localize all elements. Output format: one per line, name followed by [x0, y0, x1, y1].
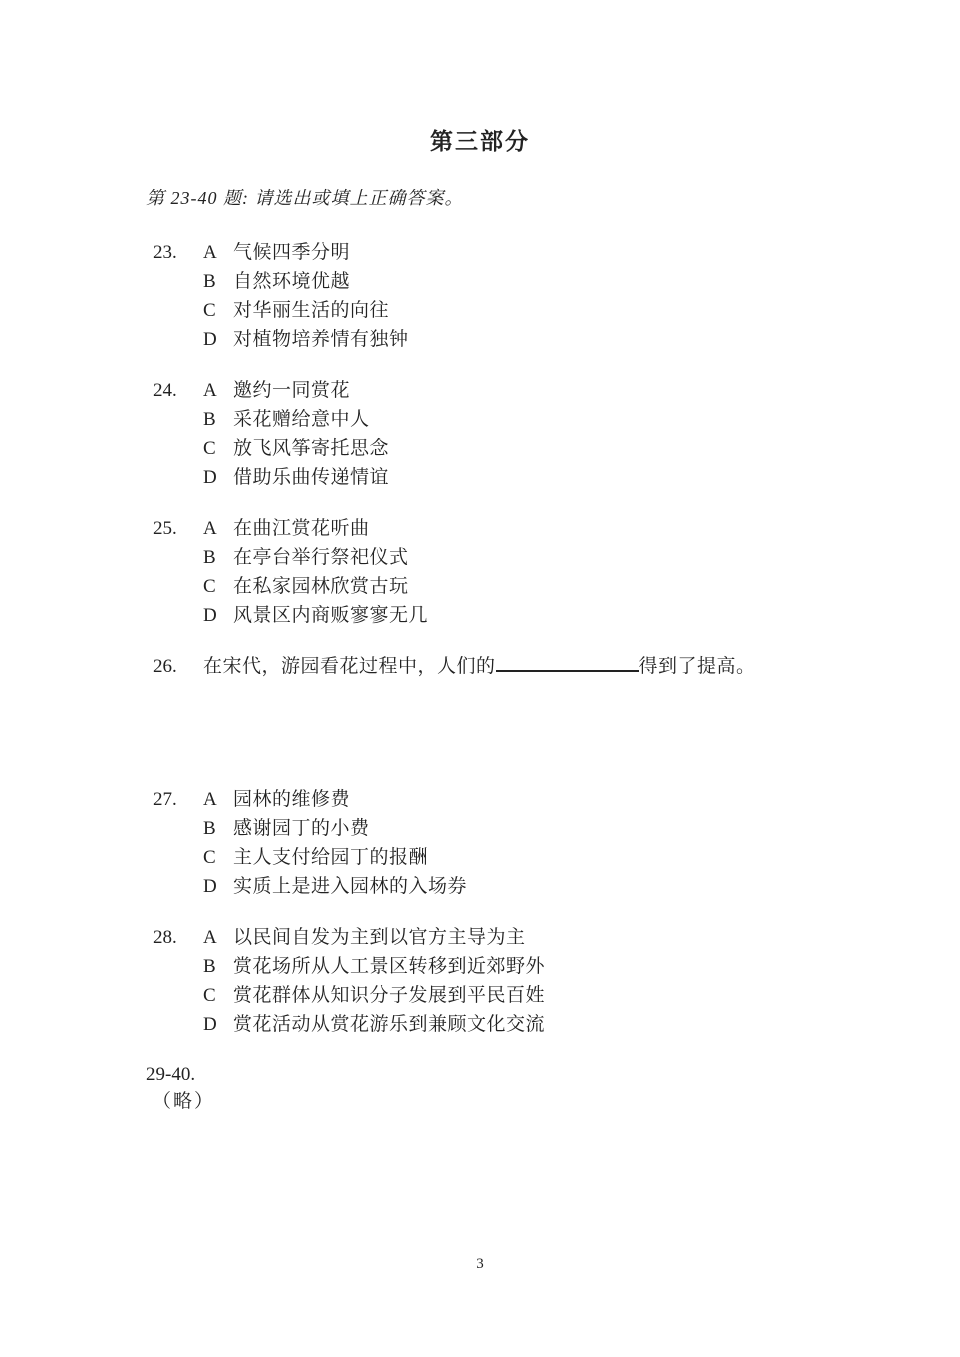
- option-d: D 借助乐曲传递情谊: [203, 463, 960, 492]
- option-letter: A: [203, 923, 233, 952]
- option-letter: C: [203, 434, 233, 463]
- answer-blank-line: [496, 652, 639, 672]
- option-b: B 自然环境优越: [203, 267, 960, 296]
- option-text: 感谢园丁的小费: [233, 814, 370, 843]
- question-number: 26.: [153, 652, 203, 681]
- option-a: A 园林的维修费: [203, 785, 960, 814]
- option-text: 对植物培养情有独钟: [233, 325, 409, 354]
- option-letter: C: [203, 572, 233, 601]
- option-letter: A: [203, 376, 233, 405]
- option-a: A 邀约一同赏花: [203, 376, 960, 405]
- option-a: A 在曲江赏花听曲: [203, 514, 960, 543]
- option-b: B 在亭台举行祭祀仪式: [203, 543, 960, 572]
- question-number: 28.: [153, 923, 203, 1039]
- question-list: 23. A 气候四季分明 B 自然环境优越 C 对华丽生活的向往: [0, 238, 960, 1039]
- option-text: 在亭台举行祭祀仪式: [233, 543, 409, 572]
- option-text: 赏花活动从赏花游乐到兼顾文化交流: [233, 1010, 545, 1039]
- option-text: 园林的维修费: [233, 785, 350, 814]
- option-letter: C: [203, 981, 233, 1010]
- exam-page: 第三部分 第 23-40 题: 请选出或填上正确答案。 23. A 气候四季分明…: [0, 0, 960, 1357]
- option-text: 采花赠给意中人: [233, 405, 370, 434]
- fill-text-after: 得到了提高。: [639, 656, 756, 677]
- option-letter: A: [203, 238, 233, 267]
- question-number: 27.: [153, 785, 203, 901]
- question-27: 27. A 园林的维修费 B 感谢园丁的小费 C 主人支付给园丁的报酬: [153, 785, 960, 901]
- option-letter: D: [203, 1010, 233, 1039]
- option-letter: B: [203, 267, 233, 296]
- question-number: 25.: [153, 514, 203, 630]
- option-text: 赏花场所从人工景区转移到近郊野外: [233, 952, 545, 981]
- option-letter: C: [203, 843, 233, 872]
- option-text: 主人支付给园丁的报酬: [233, 843, 428, 872]
- option-text: 自然环境优越: [233, 267, 350, 296]
- question-25: 25. A 在曲江赏花听曲 B 在亭台举行祭祀仪式 C 在私家园林欣赏古玩: [153, 514, 960, 630]
- option-text: 以民间自发为主到以官方主导为主: [233, 923, 526, 952]
- skipped-range: 29-40.: [146, 1061, 960, 1088]
- option-list: A 邀约一同赏花 B 采花赠给意中人 C 放飞风筝寄托思念 D 借助乐曲传递情谊: [203, 376, 960, 492]
- option-b: B 赏花场所从人工景区转移到近郊野外: [203, 952, 960, 981]
- option-letter: B: [203, 814, 233, 843]
- question-number: 24.: [153, 376, 203, 492]
- option-b: B 感谢园丁的小费: [203, 814, 960, 843]
- section-title: 第三部分: [0, 130, 960, 153]
- option-letter: B: [203, 405, 233, 434]
- option-list: A 以民间自发为主到以官方主导为主 B 赏花场所从人工景区转移到近郊野外 C 赏…: [203, 923, 960, 1039]
- question-23: 23. A 气候四季分明 B 自然环境优越 C 对华丽生活的向往: [153, 238, 960, 354]
- option-text: 邀约一同赏花: [233, 376, 350, 405]
- option-text: 对华丽生活的向往: [233, 296, 389, 325]
- page-number: 3: [0, 1256, 960, 1273]
- option-letter: D: [203, 872, 233, 901]
- option-d: D 风景区内商贩寥寥无几: [203, 601, 960, 630]
- option-text: 气候四季分明: [233, 238, 350, 267]
- instruction-text: 第 23-40 题: 请选出或填上正确答案。: [146, 186, 960, 210]
- option-a: A 以民间自发为主到以官方主导为主: [203, 923, 960, 952]
- skipped-questions: 29-40. （略）: [146, 1061, 960, 1115]
- fill-sentence: 在宋代，游园看花过程中，人们的得到了提高。: [203, 652, 756, 681]
- skipped-note: （略）: [152, 1088, 960, 1115]
- option-text: 在曲江赏花听曲: [233, 514, 370, 543]
- option-text: 放飞风筝寄托思念: [233, 434, 389, 463]
- option-c: C 主人支付给园丁的报酬: [203, 843, 960, 872]
- option-a: A 气候四季分明: [203, 238, 960, 267]
- page-content: 第三部分 第 23-40 题: 请选出或填上正确答案。 23. A 气候四季分明…: [0, 0, 960, 1115]
- option-text: 实质上是进入园林的入场券: [233, 872, 467, 901]
- option-letter: D: [203, 463, 233, 492]
- option-list: A 在曲江赏花听曲 B 在亭台举行祭祀仪式 C 在私家园林欣赏古玩 D 风景区内…: [203, 514, 960, 630]
- option-text: 赏花群体从知识分子发展到平民百姓: [233, 981, 545, 1010]
- option-list: A 园林的维修费 B 感谢园丁的小费 C 主人支付给园丁的报酬 D 实质上是进入…: [203, 785, 960, 901]
- fill-text-before: 在宋代，游园看花过程中，人们的: [203, 656, 496, 677]
- option-d: D 对植物培养情有独钟: [203, 325, 960, 354]
- option-letter: B: [203, 543, 233, 572]
- option-b: B 采花赠给意中人: [203, 405, 960, 434]
- question-26: 26. 在宋代，游园看花过程中，人们的得到了提高。: [153, 652, 960, 681]
- question-number: 23.: [153, 238, 203, 354]
- option-list: A 气候四季分明 B 自然环境优越 C 对华丽生活的向往 D 对植物培养情有独钟: [203, 238, 960, 354]
- option-d: D 赏花活动从赏花游乐到兼顾文化交流: [203, 1010, 960, 1039]
- option-letter: C: [203, 296, 233, 325]
- option-c: C 在私家园林欣赏古玩: [203, 572, 960, 601]
- question-28: 28. A 以民间自发为主到以官方主导为主 B 赏花场所从人工景区转移到近郊野外…: [153, 923, 960, 1039]
- option-letter: D: [203, 601, 233, 630]
- option-c: C 赏花群体从知识分子发展到平民百姓: [203, 981, 960, 1010]
- option-c: C 对华丽生活的向往: [203, 296, 960, 325]
- option-text: 借助乐曲传递情谊: [233, 463, 389, 492]
- option-letter: A: [203, 785, 233, 814]
- question-24: 24. A 邀约一同赏花 B 采花赠给意中人 C 放飞风筝寄托思念: [153, 376, 960, 492]
- option-letter: B: [203, 952, 233, 981]
- option-d: D 实质上是进入园林的入场券: [203, 872, 960, 901]
- option-text: 在私家园林欣赏古玩: [233, 572, 409, 601]
- option-letter: D: [203, 325, 233, 354]
- option-c: C 放飞风筝寄托思念: [203, 434, 960, 463]
- option-text: 风景区内商贩寥寥无几: [233, 601, 428, 630]
- option-letter: A: [203, 514, 233, 543]
